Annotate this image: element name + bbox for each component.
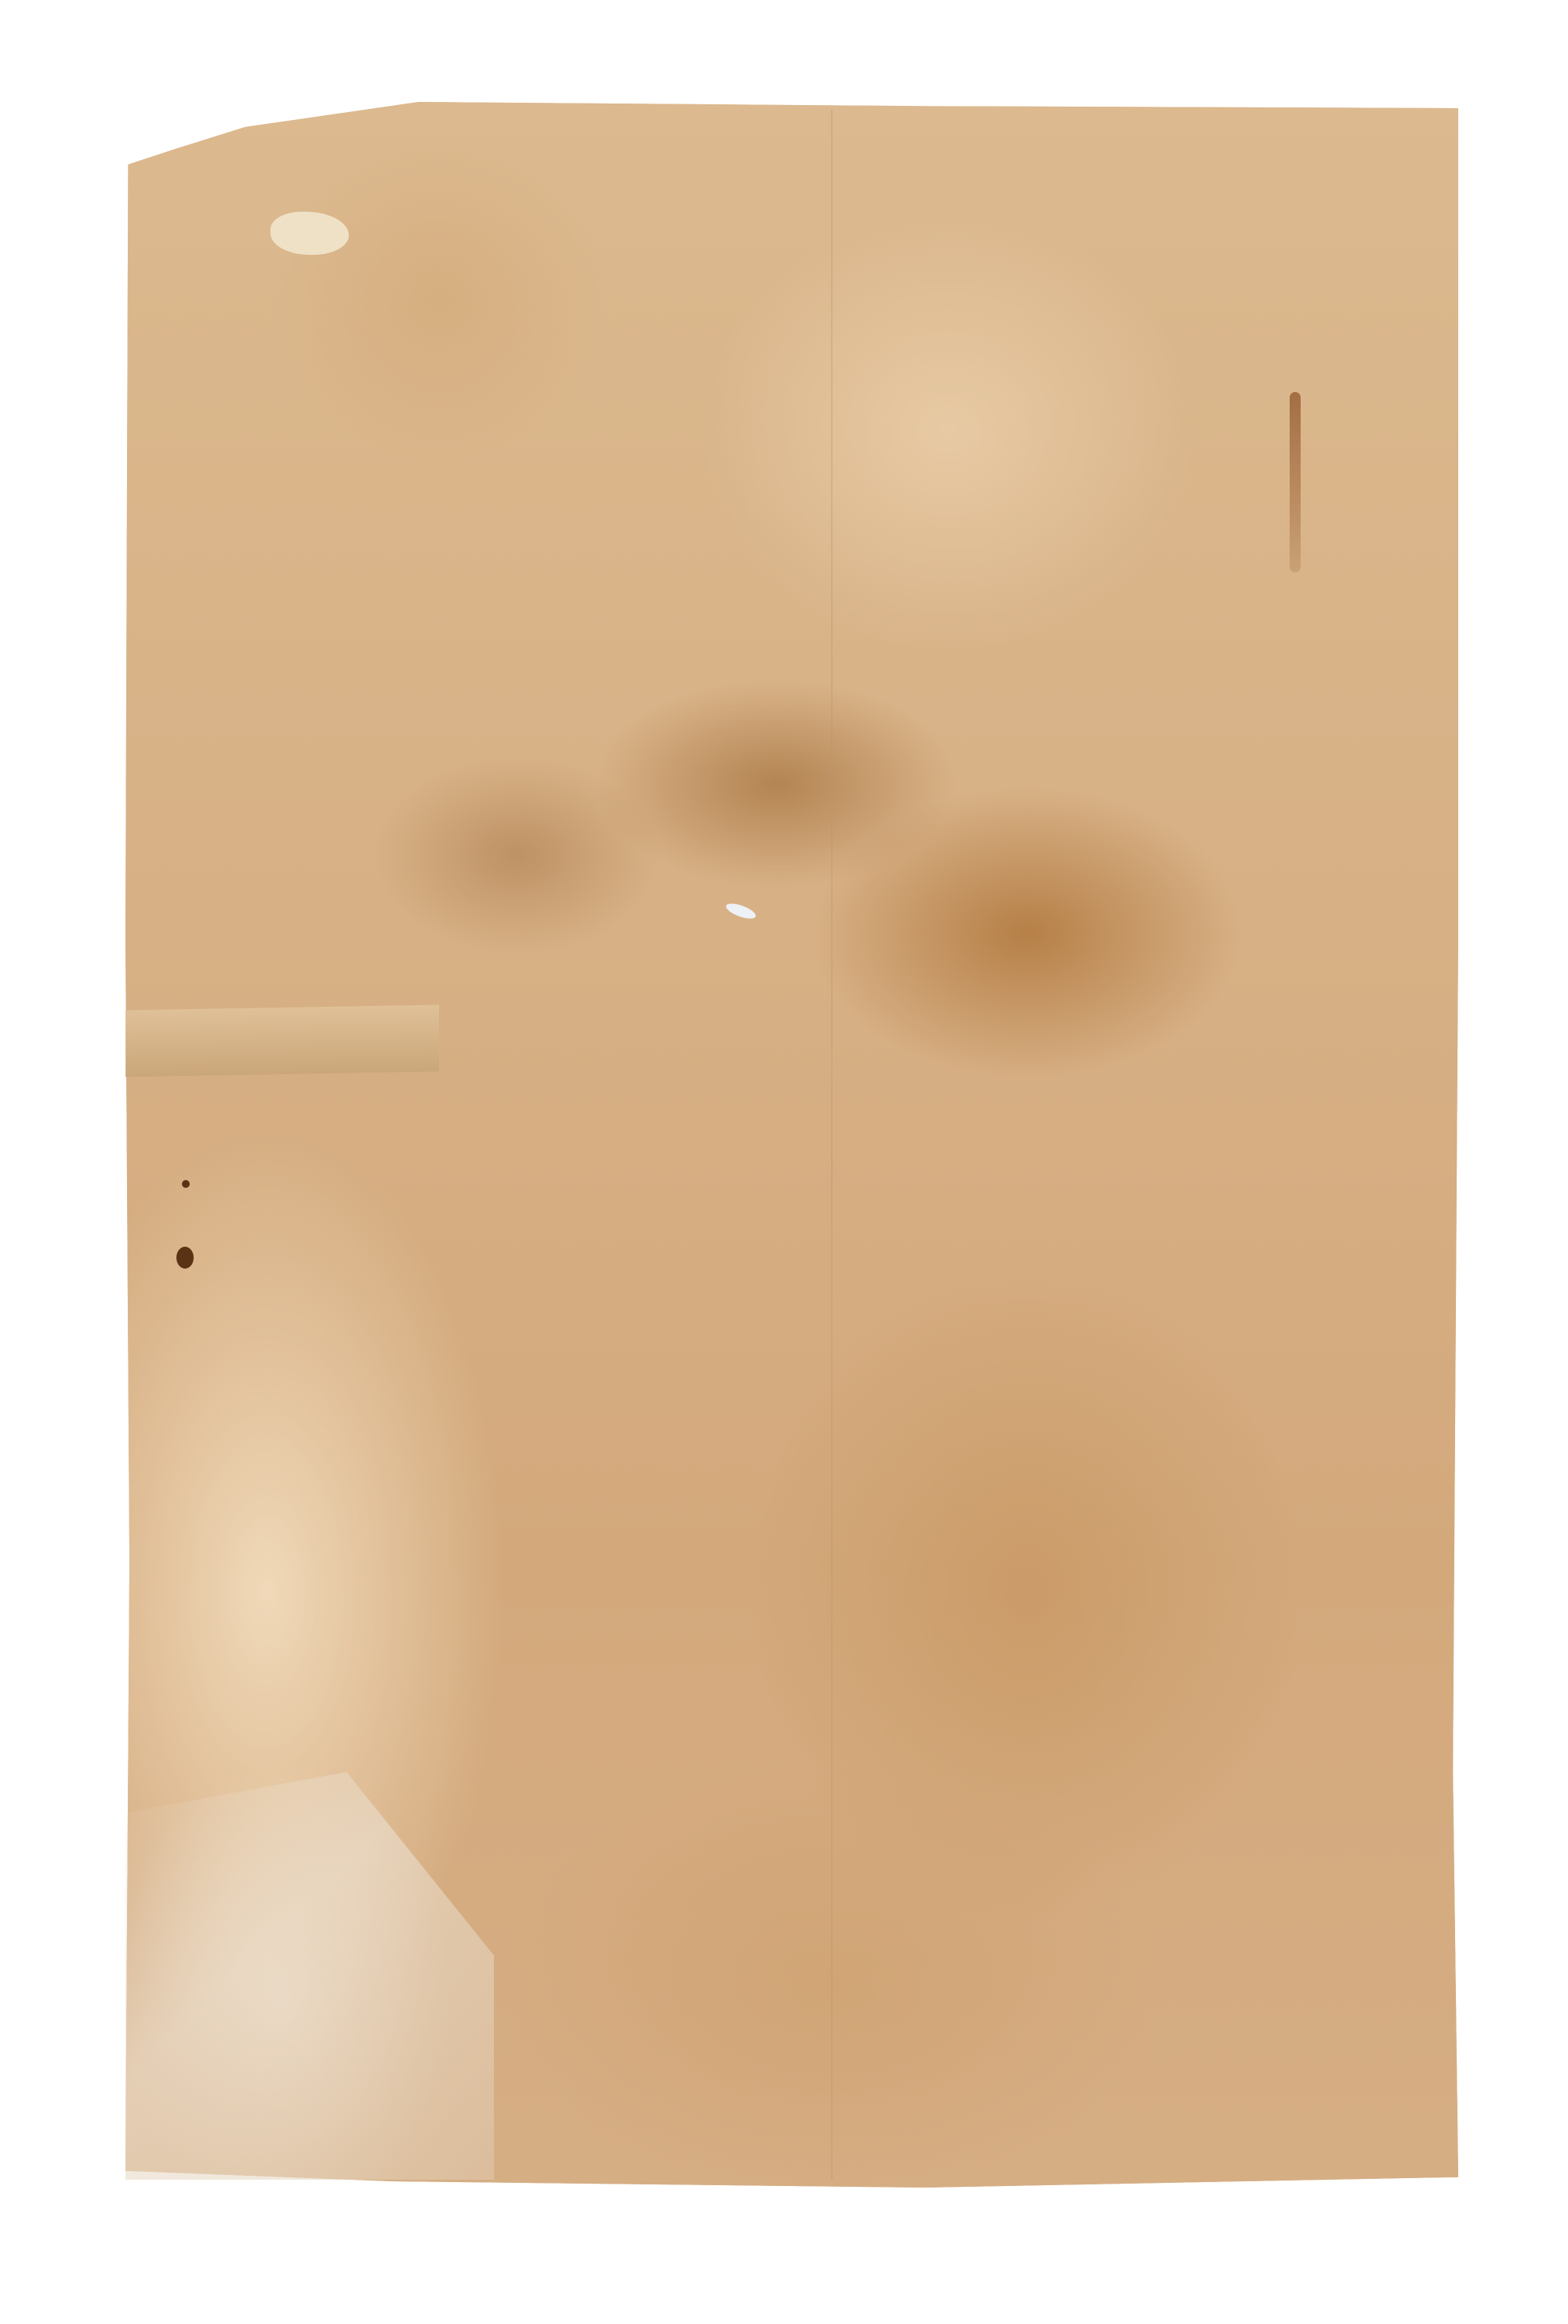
stain-drip bbox=[1290, 392, 1301, 572]
dark-spot bbox=[176, 1247, 194, 1269]
paper-fold-line bbox=[831, 110, 833, 2180]
dark-spot-small bbox=[182, 1180, 190, 1188]
old-tape-strip bbox=[125, 1005, 439, 1077]
